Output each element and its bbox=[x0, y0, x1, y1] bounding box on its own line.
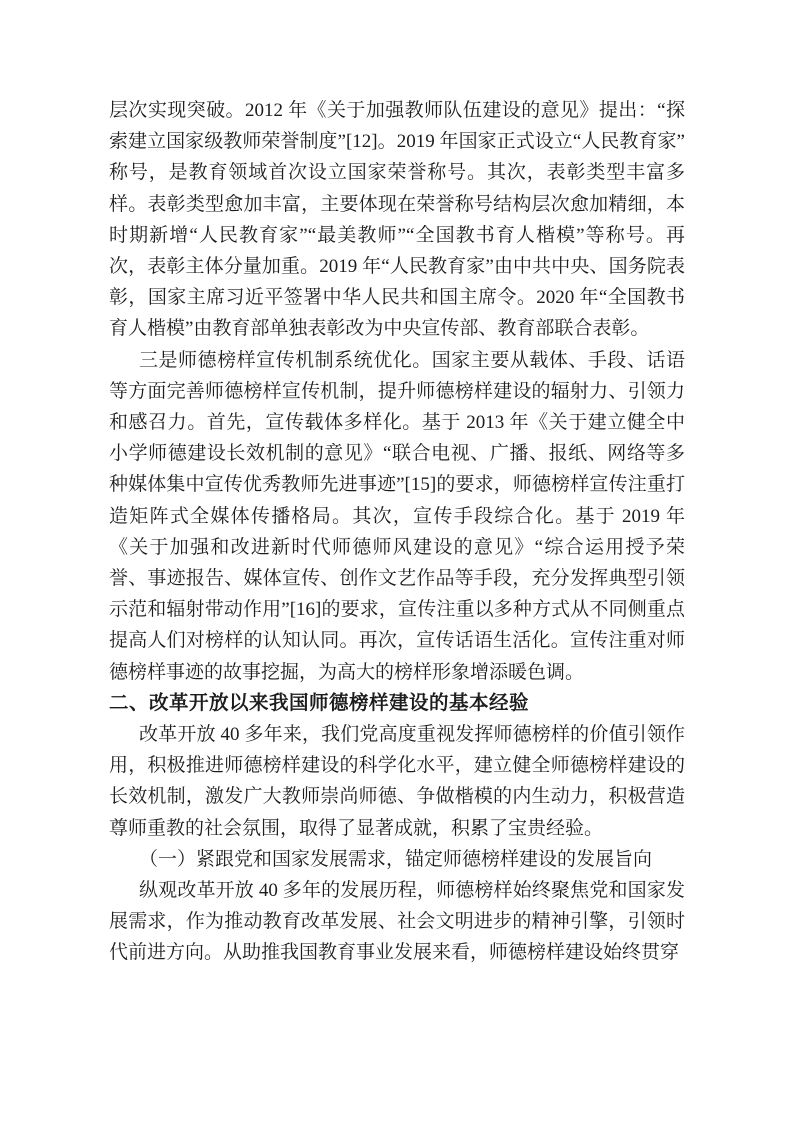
paragraph-propaganda-mechanism: 三是师德榜样宣传机制系统优化。国家主要从载体、手段、话语等方面完善师德榜样宣传机… bbox=[109, 345, 685, 688]
section-heading: 二、改革开放以来我国师德榜样建设的基本经验 bbox=[109, 688, 685, 719]
document-page: 层次实现突破。2012 年《关于加强教师队伍建设的意见》提出：“探索建立国家级教… bbox=[0, 0, 793, 1122]
paragraph-development-course: 纵观改革开放 40 多年的发展历程，师德榜样始终聚焦党和国家发展需求，作为推动教… bbox=[109, 875, 685, 969]
paragraph-reform-overview: 改革开放 40 多年来，我们党高度重视发挥师德榜样的价值引领作用，积极推进师德榜… bbox=[109, 719, 685, 844]
paragraph-continuation: 层次实现突破。2012 年《关于加强教师队伍建设的意见》提出：“探索建立国家级教… bbox=[109, 95, 685, 345]
subsection-heading: （一）紧跟党和国家发展需求，锚定师德榜样建设的发展旨向 bbox=[109, 844, 685, 875]
page-content: 层次实现突破。2012 年《关于加强教师队伍建设的意见》提出：“探索建立国家级教… bbox=[109, 95, 685, 969]
